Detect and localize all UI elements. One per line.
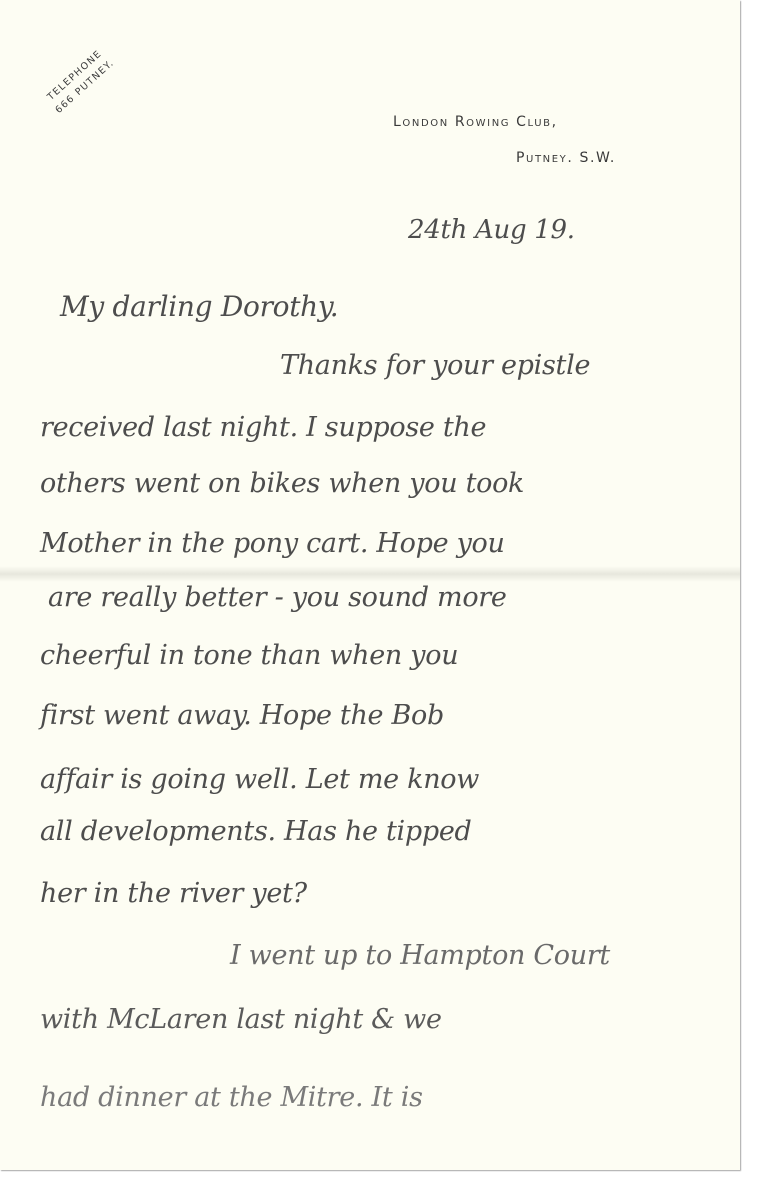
letter-line: I went up to Hampton Court bbox=[230, 940, 610, 971]
letter-page: TELEPHONE 666 PUTNEY. London Rowing Club… bbox=[0, 0, 740, 1170]
letterhead-telephone: TELEPHONE 666 PUTNEY. bbox=[42, 45, 118, 118]
letter-line: cheerful in tone than when you bbox=[40, 640, 458, 671]
letter-line: all developments. Has he tipped bbox=[40, 816, 472, 847]
letter-line: Thanks for your epistle bbox=[280, 350, 590, 381]
letter-line: with McLaren last night & we bbox=[40, 1004, 442, 1035]
club-location: Putney. S.W. bbox=[516, 150, 616, 166]
letter-date: 24th Aug 19. bbox=[408, 215, 575, 245]
letter-line: received last night. I suppose the bbox=[40, 412, 486, 443]
letter-line: first went away. Hope the Bob bbox=[40, 700, 444, 731]
letter-line: her in the river yet? bbox=[40, 878, 307, 909]
letter-line: had dinner at the Mitre. It is bbox=[40, 1082, 423, 1113]
letter-salutation: My darling Dorothy. bbox=[60, 290, 338, 323]
letter-line: affair is going well. Let me know bbox=[40, 764, 479, 795]
club-name: London Rowing Club, bbox=[393, 114, 558, 130]
paper-fold-crease bbox=[0, 566, 740, 582]
letter-line: are really better - you sound more bbox=[48, 582, 507, 613]
letter-line: Mother in the pony cart. Hope you bbox=[40, 528, 505, 559]
letter-line: others went on bikes when you took bbox=[40, 468, 524, 499]
